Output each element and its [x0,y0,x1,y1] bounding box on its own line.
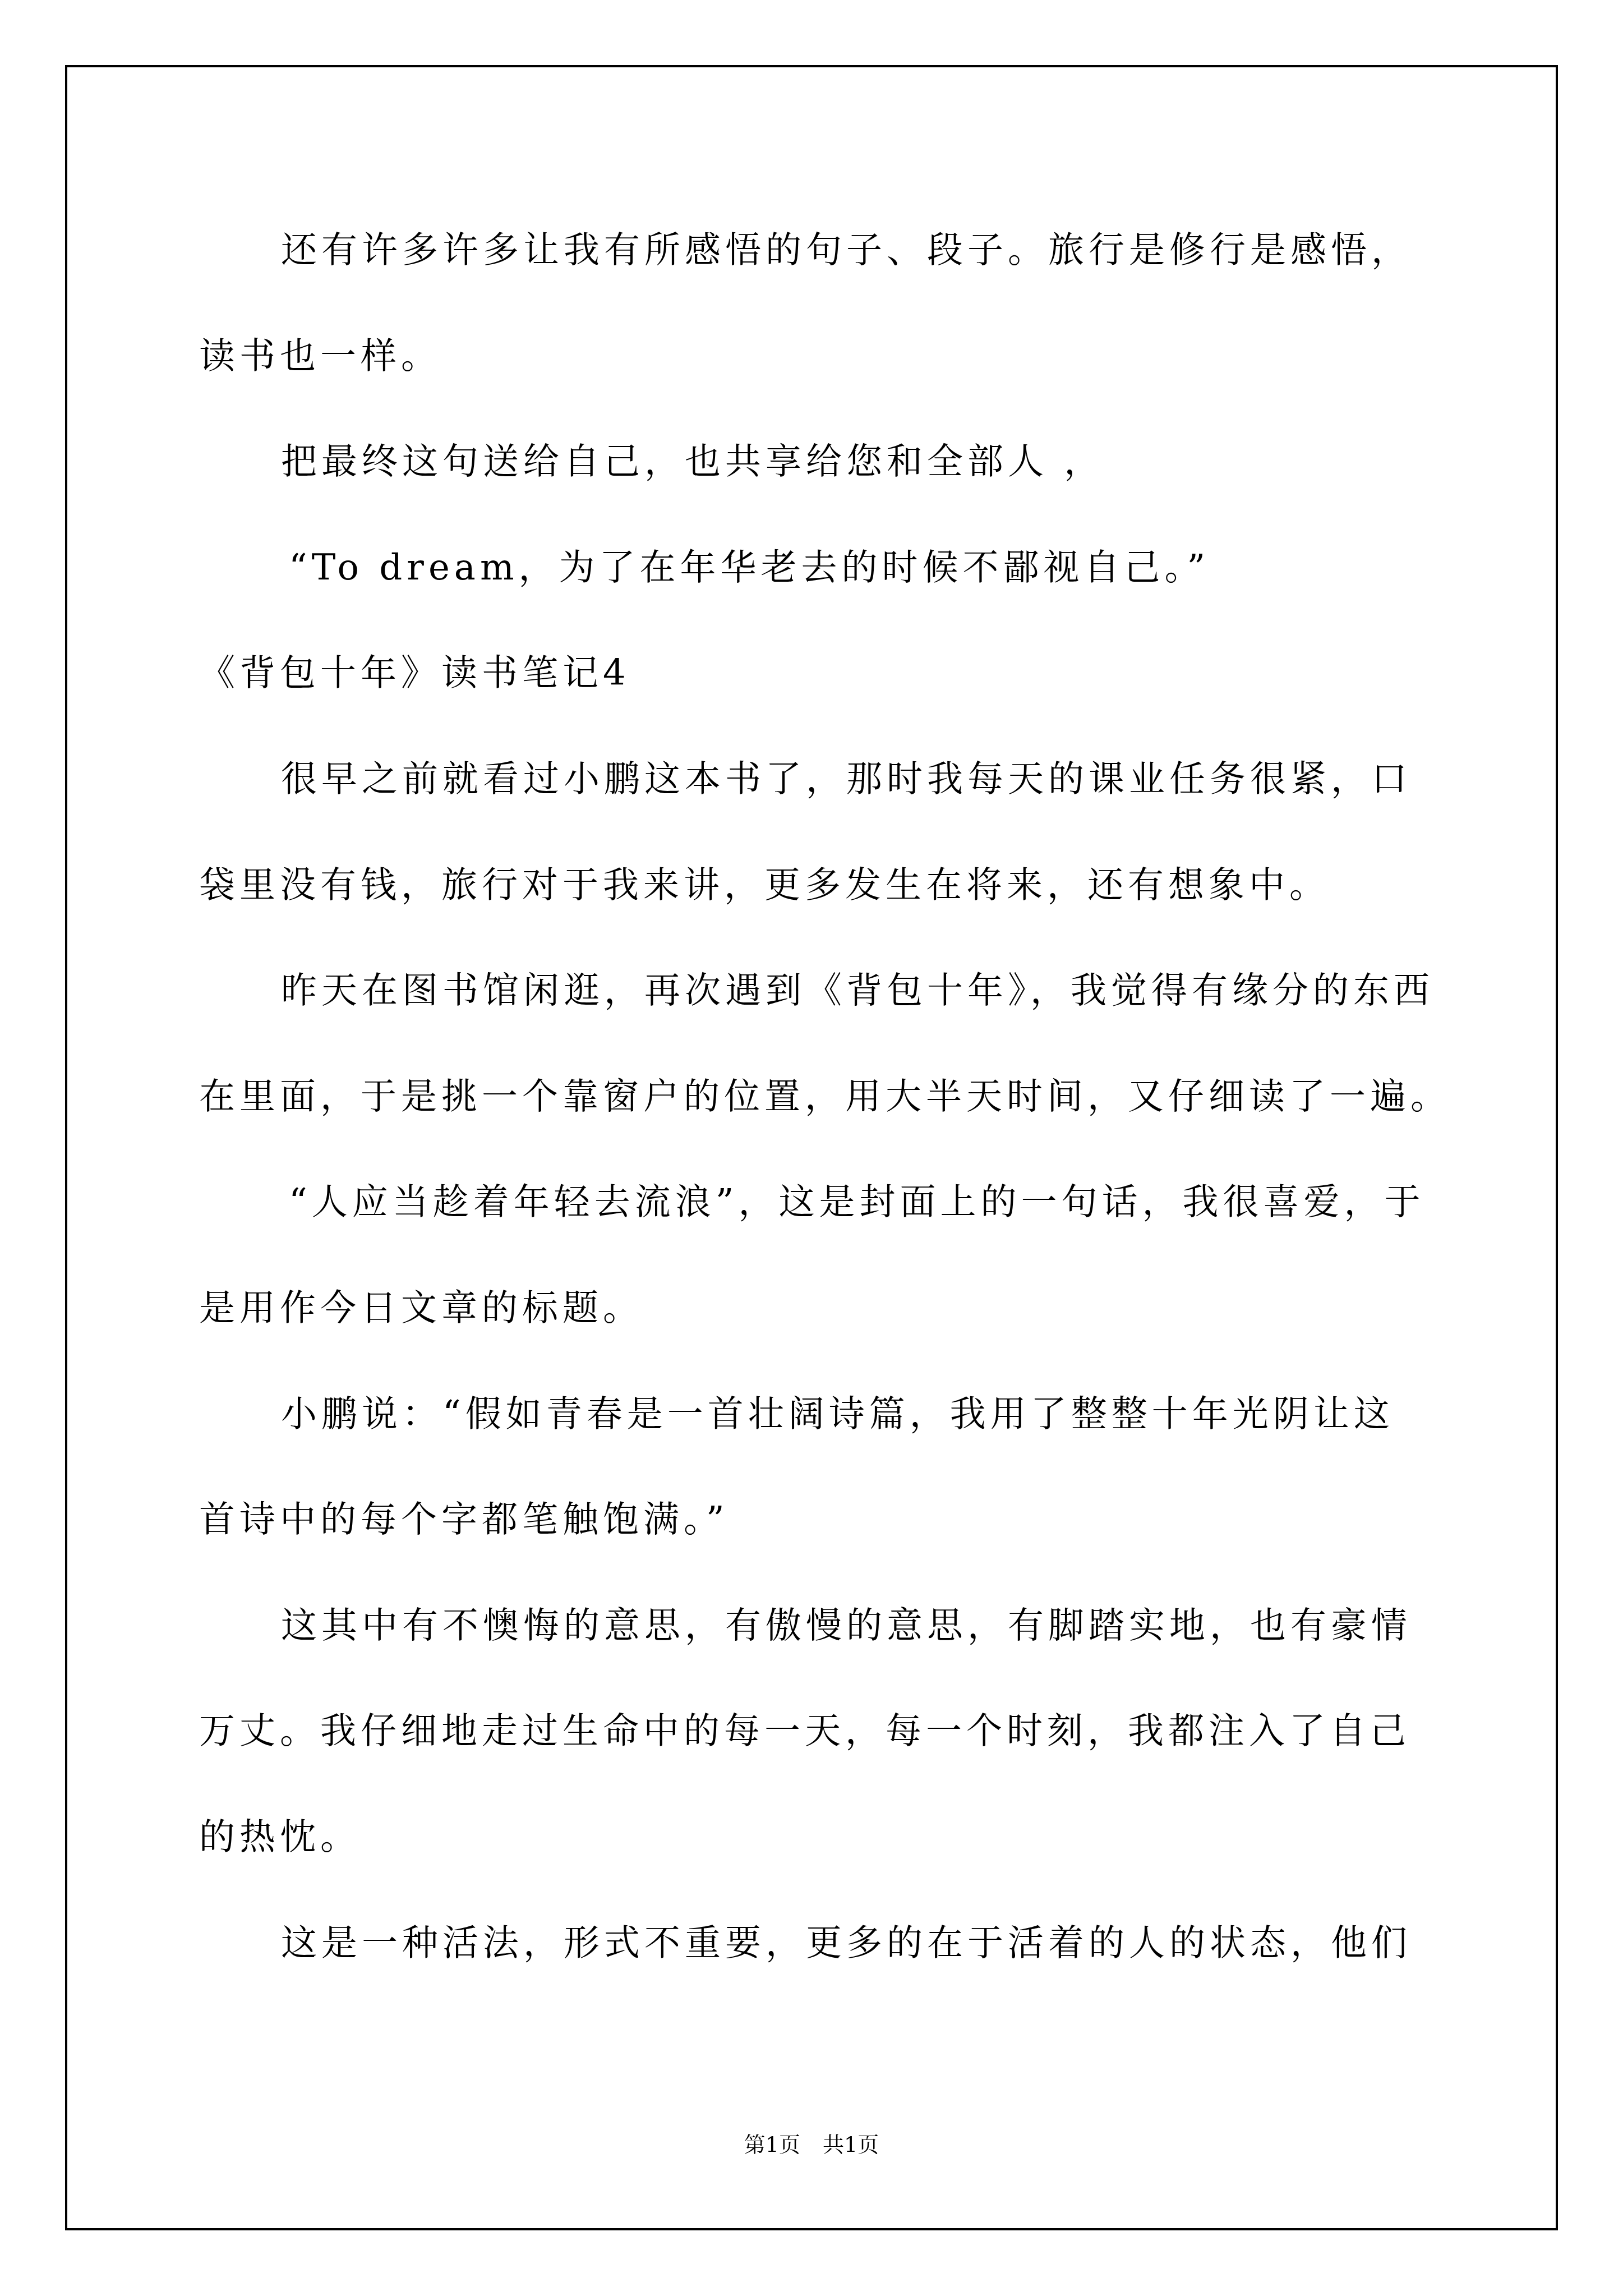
quote-line: “To dream，为了在年华老去的时候不鄙视自己。” [199,515,1430,621]
paragraph-line: 这其中有不懊悔的意思，有傲慢的意思，有脚踏实地，也有豪情 [199,1573,1430,1679]
document-body: 还有许多许多让我有所感悟的句子、段子。旅行是修行是感悟， 读书也一样。 把最终这… [199,197,1430,1996]
paragraph-line: 这是一种活法，形式不重要，更多的在于活着的人的状态，他们 [199,1890,1430,1996]
total-pages-label: 共1页 [823,2132,879,2157]
paragraph-line: 还有许多许多让我有所感悟的句子、段子。旅行是修行是感悟， [199,197,1430,303]
section-heading: 《背包十年》读书笔记4 [199,620,1430,726]
paragraph-line: 万丈。我仔细地走过生命中的每一天，每一个时刻，我都注入了自己 [199,1678,1430,1784]
paragraph-line: “人应当趁着年轻去流浪”，这是封面上的一句话，我很喜爱，于 [199,1149,1430,1255]
current-page-label: 第1页 [744,2132,800,2157]
paragraph-line: 的热忱。 [199,1784,1430,1890]
paragraph-line: 是用作今日文章的标题。 [199,1255,1430,1361]
paragraph-line: 首诗中的每个字都笔触饱满。” [199,1467,1430,1573]
paragraph-line: 小鹏说：“假如青春是一首壮阔诗篇，我用了整整十年光阴让这 [199,1361,1430,1467]
paragraph-line: 昨天在图书馆闲逛，再次遇到《背包十年》，我觉得有缘分的东西 [199,938,1430,1044]
paragraph-line: 读书也一样。 [199,303,1430,409]
paragraph-line: 把最终这句送给自己，也共享给您和全部人 ， [199,409,1430,515]
paragraph-line: 很早之前就看过小鹏这本书了，那时我每天的课业任务很紧，口 [199,726,1430,832]
page-footer: 第1页共1页 [0,2128,1623,2161]
paragraph-line: 袋里没有钱，旅行对于我来讲，更多发生在将来，还有想象中。 [199,832,1430,938]
paragraph-line: 在里面，于是挑一个靠窗户的位置，用大半天时间，又仔细读了一遍。 [199,1044,1430,1150]
